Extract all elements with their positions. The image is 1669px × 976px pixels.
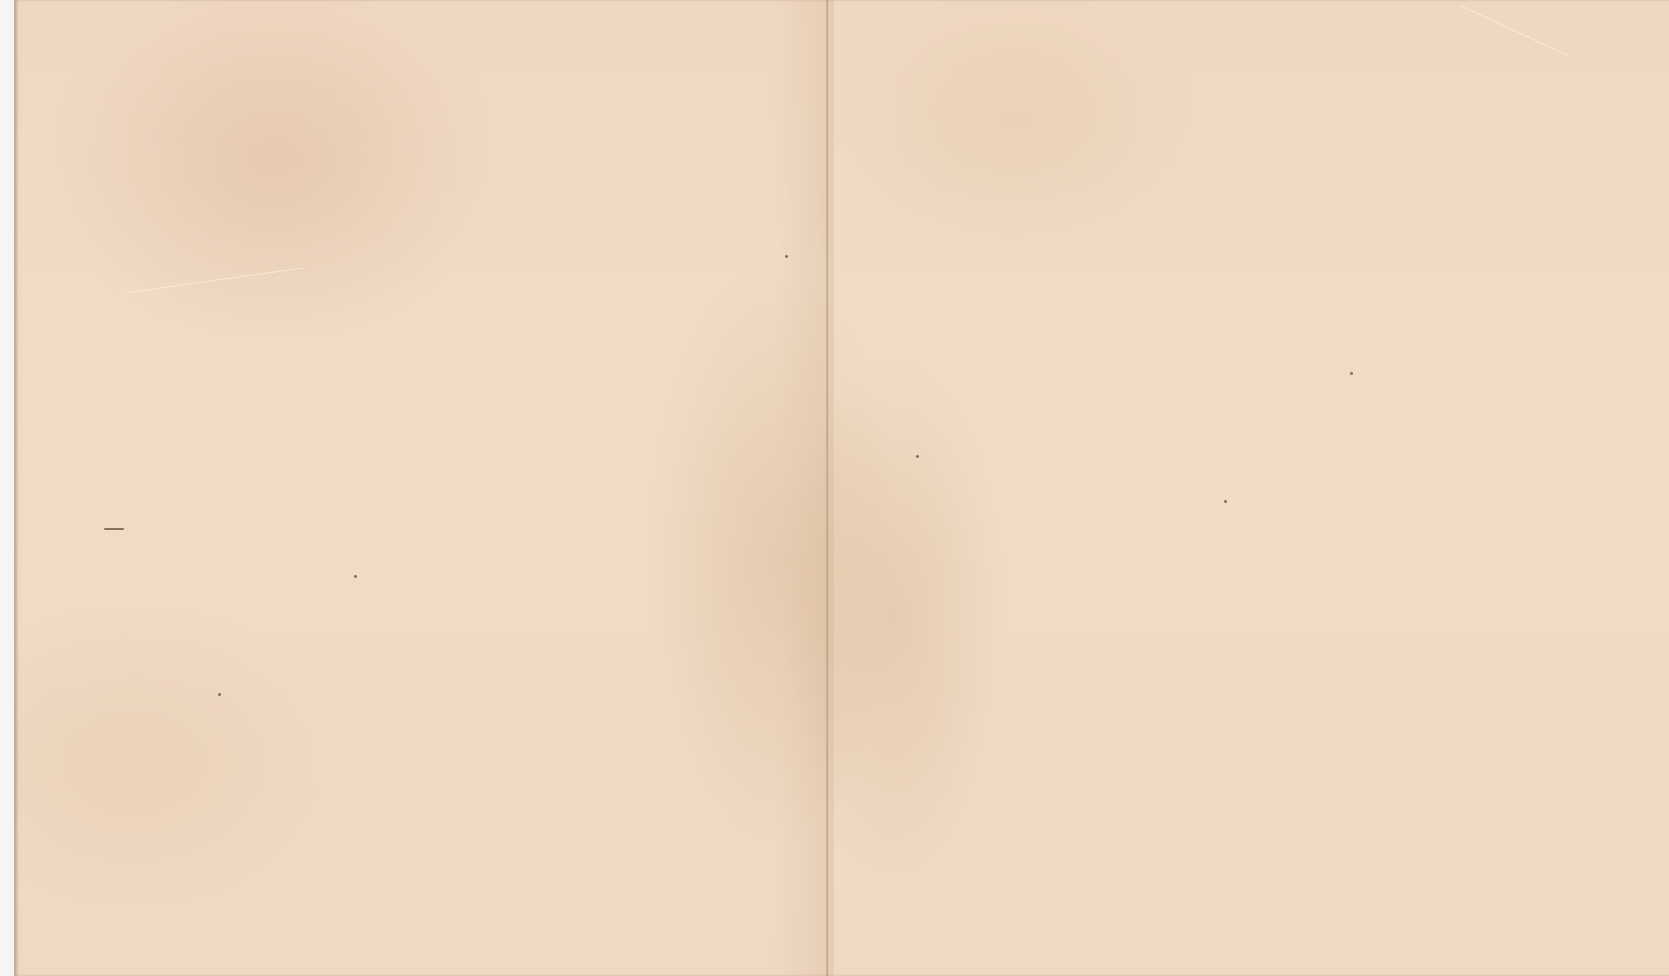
speck [104, 528, 124, 530]
center-fold [826, 0, 829, 976]
speck [785, 255, 788, 258]
speck [1224, 500, 1227, 503]
speck [1350, 372, 1353, 375]
fold-shadow [774, 0, 834, 976]
paper-sheet [14, 0, 1669, 976]
crease [125, 267, 303, 293]
speck [916, 455, 919, 458]
scan-margin [0, 0, 14, 976]
crease [1459, 5, 1568, 57]
speck [354, 575, 357, 578]
speck [218, 693, 221, 696]
